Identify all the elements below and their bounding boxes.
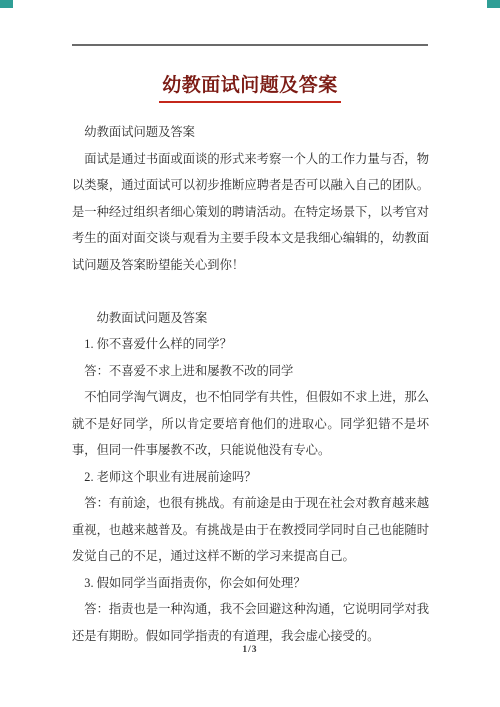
- paragraph: 幼教面试问题及答案: [72, 119, 429, 146]
- page-title: 幼教面试问题及答案: [159, 70, 341, 103]
- paragraph: 面试是通过书面或面谈的形式来考察一个人的工作力量与否，物以类聚，通过面试可以初步…: [72, 146, 429, 279]
- corner-mark-top-right: [487, 0, 500, 8]
- footer-row: 1/3: [0, 645, 500, 655]
- title-row: 幼教面试问题及答案: [0, 70, 500, 103]
- document-body: 幼教面试问题及答案面试是通过书面或面谈的形式来考察一个人的工作力量与否，物以类聚…: [72, 119, 429, 649]
- paragraph: 答：有前途，也很有挑战。有前途是由于现在社会对教育越来越重视，也越来越普及。有挑…: [72, 490, 429, 570]
- top-divider-line: [72, 44, 428, 46]
- paragraph: 答：不喜爱不求上进和屡教不改的同学: [72, 358, 429, 385]
- paragraph: 1. 你不喜爱什么样的同学？: [72, 331, 429, 358]
- paragraph: 不怕同学淘气调皮，也不怕同学有共性，但假如不求上进，那么就不是好同学，所以肯定要…: [72, 384, 429, 464]
- paragraph: 3. 假如同学当面指责你，你会如何处理？: [72, 570, 429, 597]
- document-page: 幼教面试问题及答案 幼教面试问题及答案面试是通过书面或面谈的形式来考察一个人的工…: [0, 0, 500, 707]
- corner-mark-top-left: [0, 0, 13, 8]
- paragraph: 幼教面试问题及答案: [72, 305, 429, 332]
- paragraph: 答：指责也是一种沟通，我不会回避这种沟通，它说明同学对我还是有期盼。假如同学指责…: [72, 596, 429, 649]
- paragraph: 2. 老师这个职业有进展前途吗？: [72, 464, 429, 491]
- page-number: 1/3: [242, 645, 257, 655]
